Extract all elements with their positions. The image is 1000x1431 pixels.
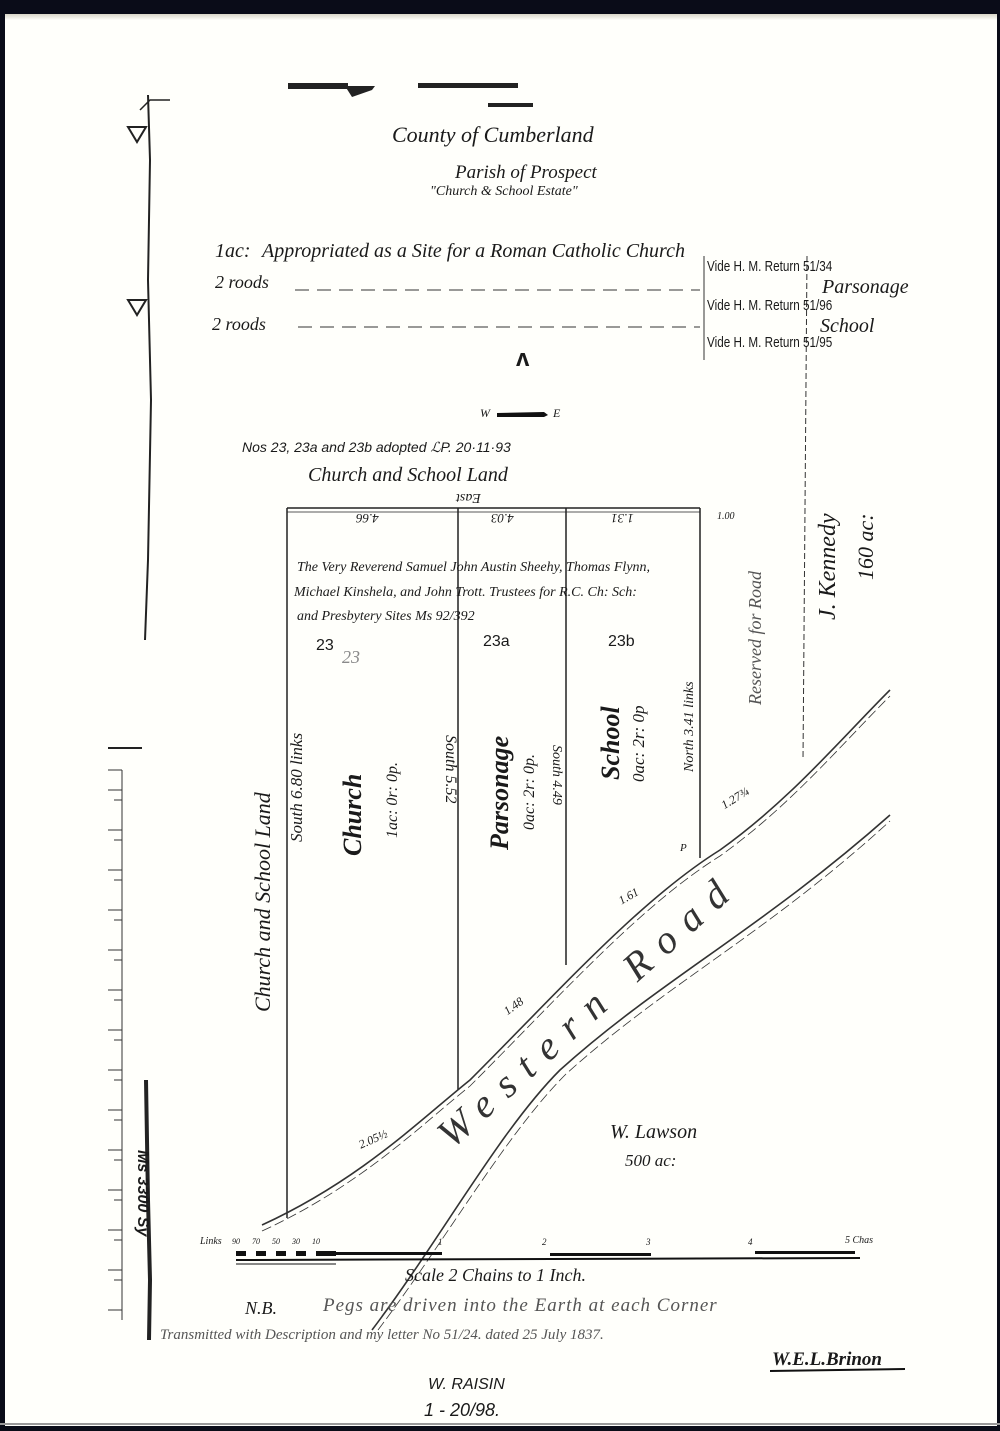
scale-tick-5: 5 Chas: [845, 1236, 873, 1246]
stamp-reference: 1 - 20/98.: [424, 1401, 500, 1419]
scale-tick-10: 10: [312, 1238, 320, 1246]
trustees-note-line-3: and Presbytery Sites Ms 92/392: [297, 610, 475, 624]
lot-number-23-pencil: 23: [342, 648, 360, 666]
scale-tick-4: 4: [748, 1238, 753, 1247]
trustees-note-line-2: Michael Kinshela, and John Trott. Truste…: [294, 586, 637, 600]
north-arrow-icon: ʌ: [516, 347, 529, 371]
scale-tick-2: 2: [542, 1238, 547, 1247]
lawson-name: W. Lawson: [610, 1122, 697, 1142]
lot-23a-name: Parsonage: [487, 736, 513, 850]
vide-return-1: Vide H. M. Return 51/34: [707, 259, 832, 274]
appropriation-2-area: 2 roods: [215, 273, 269, 291]
west-adjoining-label: Church and School Land: [252, 792, 274, 1012]
compass-east: E: [553, 407, 560, 419]
appropriation-3-text: School: [820, 316, 874, 336]
appropriation-3-area: 2 roods: [212, 315, 266, 333]
appropriation-1-text: Appropriated as a Site for a Roman Catho…: [262, 241, 685, 261]
lot-23a-west-bearing: South 5.52: [442, 735, 458, 803]
lot-23a-east-bearing: South 4.49: [549, 745, 563, 805]
lot-number-23b: 23b: [608, 634, 635, 650]
lot-23b-east-bearing: North 3.41 links: [683, 681, 697, 772]
north-adjoining-label: Church and School Land: [308, 465, 508, 485]
scale-tick-1: 1: [438, 1238, 443, 1247]
scale-tick-3: 3: [646, 1238, 651, 1247]
adoption-note: Nos 23, 23a and 23b adopted ℒP. 20·11·93: [242, 440, 511, 454]
lot-23-name: Church: [340, 774, 366, 856]
lot-23b-area: 0ac: 2r: 0p: [630, 706, 647, 782]
lot-23a-top-measure: 4.03: [491, 512, 514, 525]
lot-23-west-bearing: South 6.80 links: [288, 733, 305, 842]
transmitted-note: Transmitted with Description and my lett…: [160, 1328, 604, 1343]
trustees-note-line-1: The Very Reverend Samuel John Austin She…: [297, 561, 650, 575]
reserved-road-label: Reserved for Road: [746, 571, 764, 705]
appropriation-2-text: Parsonage: [822, 277, 909, 297]
top-ink-marks: [288, 83, 533, 107]
peg-mark: P: [680, 843, 687, 854]
lot-number-23a: 23a: [483, 634, 510, 650]
kennedy-area: 160 ac:: [855, 513, 877, 580]
scale-bar: [236, 1251, 860, 1264]
vide-return-2: Vide H. M. Return 51/96: [707, 298, 832, 313]
scale-tick-70: 70: [252, 1238, 260, 1246]
lot-23-area: 1ac: 0r: 0p.: [385, 762, 401, 838]
appropriation-1-area: 1ac:: [215, 241, 251, 261]
scale-tick-90: 90: [232, 1238, 240, 1246]
lot-23b-top-measure: 1.31: [611, 512, 634, 525]
compass-arrow-icon: [497, 412, 548, 417]
lot-23b-name: School: [598, 706, 624, 780]
scale-tick-30: 30: [292, 1238, 300, 1246]
scale-tick-50: 50: [272, 1238, 280, 1246]
stamp-name: W. RAISIN: [428, 1377, 505, 1393]
lot-23-top-measure: 4.66: [356, 512, 379, 525]
scale-title: Scale 2 Chains to 1 Inch.: [405, 1266, 586, 1284]
county-title: County of Cumberland: [392, 124, 594, 146]
lot-number-23: 23: [316, 638, 334, 654]
surveyor-signature: W.E.L.Brinon: [772, 1350, 882, 1369]
triangle-marker-icon: [128, 300, 146, 315]
east-label-inverted: East: [456, 490, 481, 504]
nb-text: Pegs are driven into the Earth at each C…: [323, 1296, 718, 1315]
margin-reference: Ms 3300 Sy: [134, 1150, 150, 1236]
triangle-marker-icon: [128, 127, 146, 142]
lot-23a-area: 0ac: 2r: 0p.: [522, 754, 538, 830]
vide-return-3: Vide H. M. Return 51/95: [707, 335, 832, 350]
lawson-area: 500 ac:: [625, 1152, 676, 1169]
nb-label: N.B.: [245, 1299, 277, 1317]
reserved-top-measure: 1.00: [717, 512, 735, 522]
scale-links-label: Links: [200, 1237, 222, 1247]
compass-west: W: [480, 407, 490, 419]
kennedy-name: J. Kennedy: [816, 513, 840, 620]
ruler-scale: [108, 770, 122, 1320]
estate-subtitle: "Church & School Estate": [430, 185, 578, 199]
parish-title: Parish of Prospect: [455, 163, 597, 182]
